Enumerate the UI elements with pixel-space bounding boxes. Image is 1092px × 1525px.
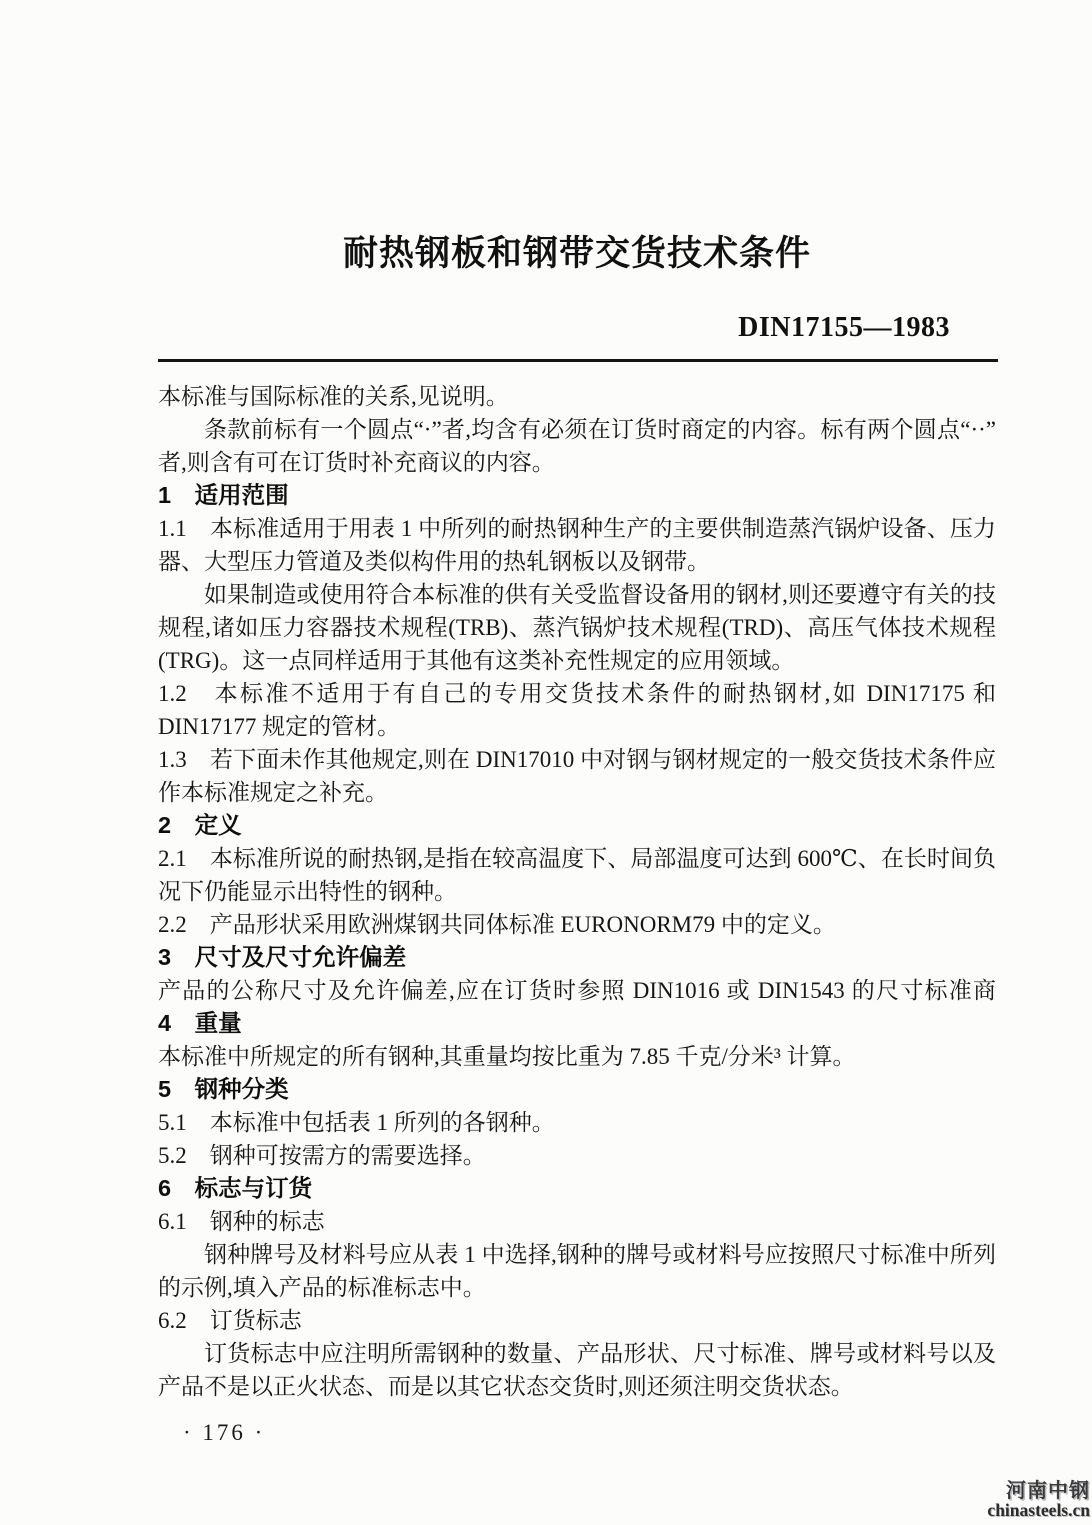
body-line: 5.1 本标准中包括表 1 所列的各钢种。 [158, 1106, 996, 1139]
watermark-site: chinasteels.cn [987, 1502, 1090, 1520]
body-line: 的示例,填入产品的标准标志中。 [158, 1271, 996, 1304]
watermark-logo-text: 河南中钢 [987, 1481, 1090, 1501]
body-line: 规程,诸如压力容器技术规程(TRB)、蒸汽锅炉技术规程(TRD)、高压气体技术规… [158, 611, 996, 644]
body-line: 本标准与国际标准的关系,见说明。 [158, 380, 996, 413]
section-heading: 2 定义 [158, 809, 996, 842]
body-line: 6.1 钢种的标志 [158, 1205, 996, 1238]
header-rule [158, 359, 998, 362]
body-line: 1.3 若下面未作其他规定,则在 DIN17010 中对钢与钢材规定的一般交货技… [158, 743, 996, 776]
section-heading: 4 重量 [158, 1007, 996, 1040]
body-line: 产品的公称尺寸及允许偏差,应在订货时参照 DIN1016 或 DIN1543 的… [158, 974, 996, 1007]
body-line: 条款前标有一个圆点“·”者,均含有必须在订货时商定的内容。标有两个圆点“··” [158, 413, 996, 446]
document-title: 耐热钢板和钢带交货技术条件 [158, 226, 996, 276]
document-body: 本标准与国际标准的关系,见说明。 条款前标有一个圆点“·”者,均含有必须在订货时… [158, 380, 996, 1403]
body-line: 钢种牌号及材料号应从表 1 中选择,钢种的牌号或材料号应按照尺寸标准中所列举 [158, 1238, 996, 1271]
section-heading: 1 适用范围 [158, 479, 996, 512]
document-page: 耐热钢板和钢带交货技术条件 DIN17155—1983 本标准与国际标准的关系,… [0, 0, 1092, 1525]
body-line: 6.2 订货标志 [158, 1304, 996, 1337]
body-line: 作本标准规定之补充。 [158, 776, 996, 809]
body-line: 订货标志中应注明所需钢种的数量、产品形状、尺寸标准、牌号或材料号以及尺寸;若 [158, 1337, 996, 1370]
body-line: DIN17177 规定的管材。 [158, 710, 996, 743]
body-line: 1.1 本标准适用于用表 1 中所列的耐热钢种生产的主要供制造蒸汽锅炉设备、压力… [158, 512, 996, 545]
section-heading: 6 标志与订货 [158, 1172, 996, 1205]
section-heading: 3 尺寸及尺寸允许偏差 [158, 941, 996, 974]
body-line: 2.1 本标准所说的耐热钢,是指在较高温度下、局部温度可达到 600℃、在长时间… [158, 842, 996, 875]
body-line: 5.2 钢种可按需方的需要选择。 [158, 1139, 996, 1172]
body-line: 如果制造或使用符合本标准的供有关受监督设备用的钢材,则还要遵守有关的技术 [158, 578, 996, 611]
body-line: 产品不是以正火状态、而是以其它状态交货时,则还须注明交货状态。 [158, 1370, 996, 1403]
watermark: 河南中钢 chinasteels.cn [987, 1481, 1090, 1520]
body-line: (TRG)。这一点同样适用于其他有这类补充性规定的应用领域。 [158, 644, 996, 677]
section-heading: 5 钢种分类 [158, 1073, 996, 1106]
standard-number: DIN17155—1983 [158, 312, 950, 344]
body-line: 者,则含有可在订货时补充商议的内容。 [158, 446, 996, 479]
body-line: 况下仍能显示出特性的钢种。 [158, 875, 996, 908]
page-number: · 176 · [183, 1420, 265, 1446]
body-line: 本标准中所规定的所有钢种,其重量均按比重为 7.85 千克/分米³ 计算。 [158, 1040, 996, 1073]
body-line: 2.2 产品形状采用欧洲煤钢共同体标准 EURONORM79 中的定义。 [158, 908, 996, 941]
body-line: 1.2 本标准不适用于有自己的专用交货技术条件的耐热钢材,如 DIN17175 … [158, 677, 996, 710]
body-line: 器、大型压力管道及类似构件用的热轧钢板以及钢带。 [158, 545, 996, 578]
